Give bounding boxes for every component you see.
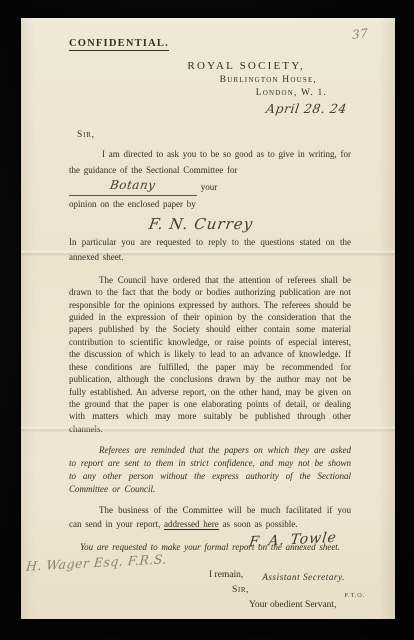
committee-line-prefix: the guidance of the Sectional Committee … <box>69 165 237 175</box>
handwritten-author-line: F. N. Currey <box>69 215 333 233</box>
handwritten-date-text: April 28. 24 <box>265 102 348 116</box>
organization-name: ROYAL SOCIETY, <box>69 60 305 73</box>
handwritten-author: F. N. Currey <box>148 215 255 233</box>
business-paragraph-suffix: as soon as possible. <box>222 519 297 529</box>
address-line-1: Burlington House, <box>69 75 317 86</box>
confidence-paragraph: Referees are reminded that the papers on… <box>69 444 351 496</box>
address-line-2: London, W. 1. <box>69 88 327 99</box>
business-paragraph: The business of the Committee will be mu… <box>69 504 351 531</box>
closing-line-3: Your obedient Servant, <box>249 599 351 611</box>
confidential-row: CONFIDENTIAL. <box>69 38 351 51</box>
body-line-with-blank: the guidance of the Sectional Committee … <box>69 162 351 196</box>
annexed-sheet-paragraph: In particular you are requested to reply… <box>69 235 351 265</box>
council-paragraph: The Council have ordered that the attent… <box>69 274 351 435</box>
photo-background: 37 CONFIDENTIAL. ROYAL SOCIETY, Burlingt… <box>0 0 414 640</box>
letter-page: 37 CONFIDENTIAL. ROYAL SOCIETY, Burlingt… <box>21 18 395 619</box>
closing-line-2: Sir, <box>232 584 351 596</box>
addressed-here-underlined: addressed here <box>164 519 219 530</box>
committee-line-suffix: your <box>201 182 218 192</box>
handwritten-date: April 28. 24 <box>69 102 347 116</box>
body-line: opinion on the enclosed paper by <box>69 196 351 212</box>
signature-title: Assistant Secretary. <box>262 572 345 582</box>
letterhead: ROYAL SOCIETY, Burlington House, London,… <box>69 60 351 117</box>
committee-blank-line: Botany <box>69 178 197 196</box>
body-line: I am directed to ask you to be so good a… <box>69 146 351 162</box>
salutation: Sir, <box>77 130 351 140</box>
pto-label: P.T.O. <box>344 592 365 599</box>
folio-number: 37 <box>352 26 369 42</box>
confidential-label: CONFIDENTIAL. <box>69 38 169 51</box>
opening-paragraph: I am directed to ask you to be so good a… <box>69 146 351 212</box>
handwritten-committee: Botany <box>109 177 157 193</box>
